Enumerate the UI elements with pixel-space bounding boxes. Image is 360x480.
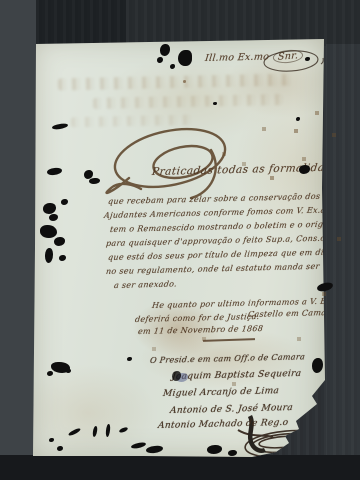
manuscript-photo: Ill.mo Ex.mo Snr. Praticadas todas as fo… bbox=[0, 0, 360, 480]
salutation-prefix: Ill.mo Ex.mo bbox=[204, 51, 270, 64]
background-left-band bbox=[0, 0, 36, 458]
ink-blot bbox=[178, 50, 192, 66]
ink-blot bbox=[40, 225, 57, 238]
salutation-title: Snr. bbox=[272, 49, 303, 64]
body-line: a ser anexado. bbox=[113, 279, 177, 290]
initial-p-flourish bbox=[106, 120, 230, 198]
manuscript-paper: Ill.mo Ex.mo Snr. Praticadas todas as fo… bbox=[33, 38, 325, 458]
stain-specks bbox=[33, 38, 35, 40]
background-bottom-band bbox=[0, 455, 360, 480]
salutation: Ill.mo Ex.mo Snr. bbox=[204, 50, 303, 65]
